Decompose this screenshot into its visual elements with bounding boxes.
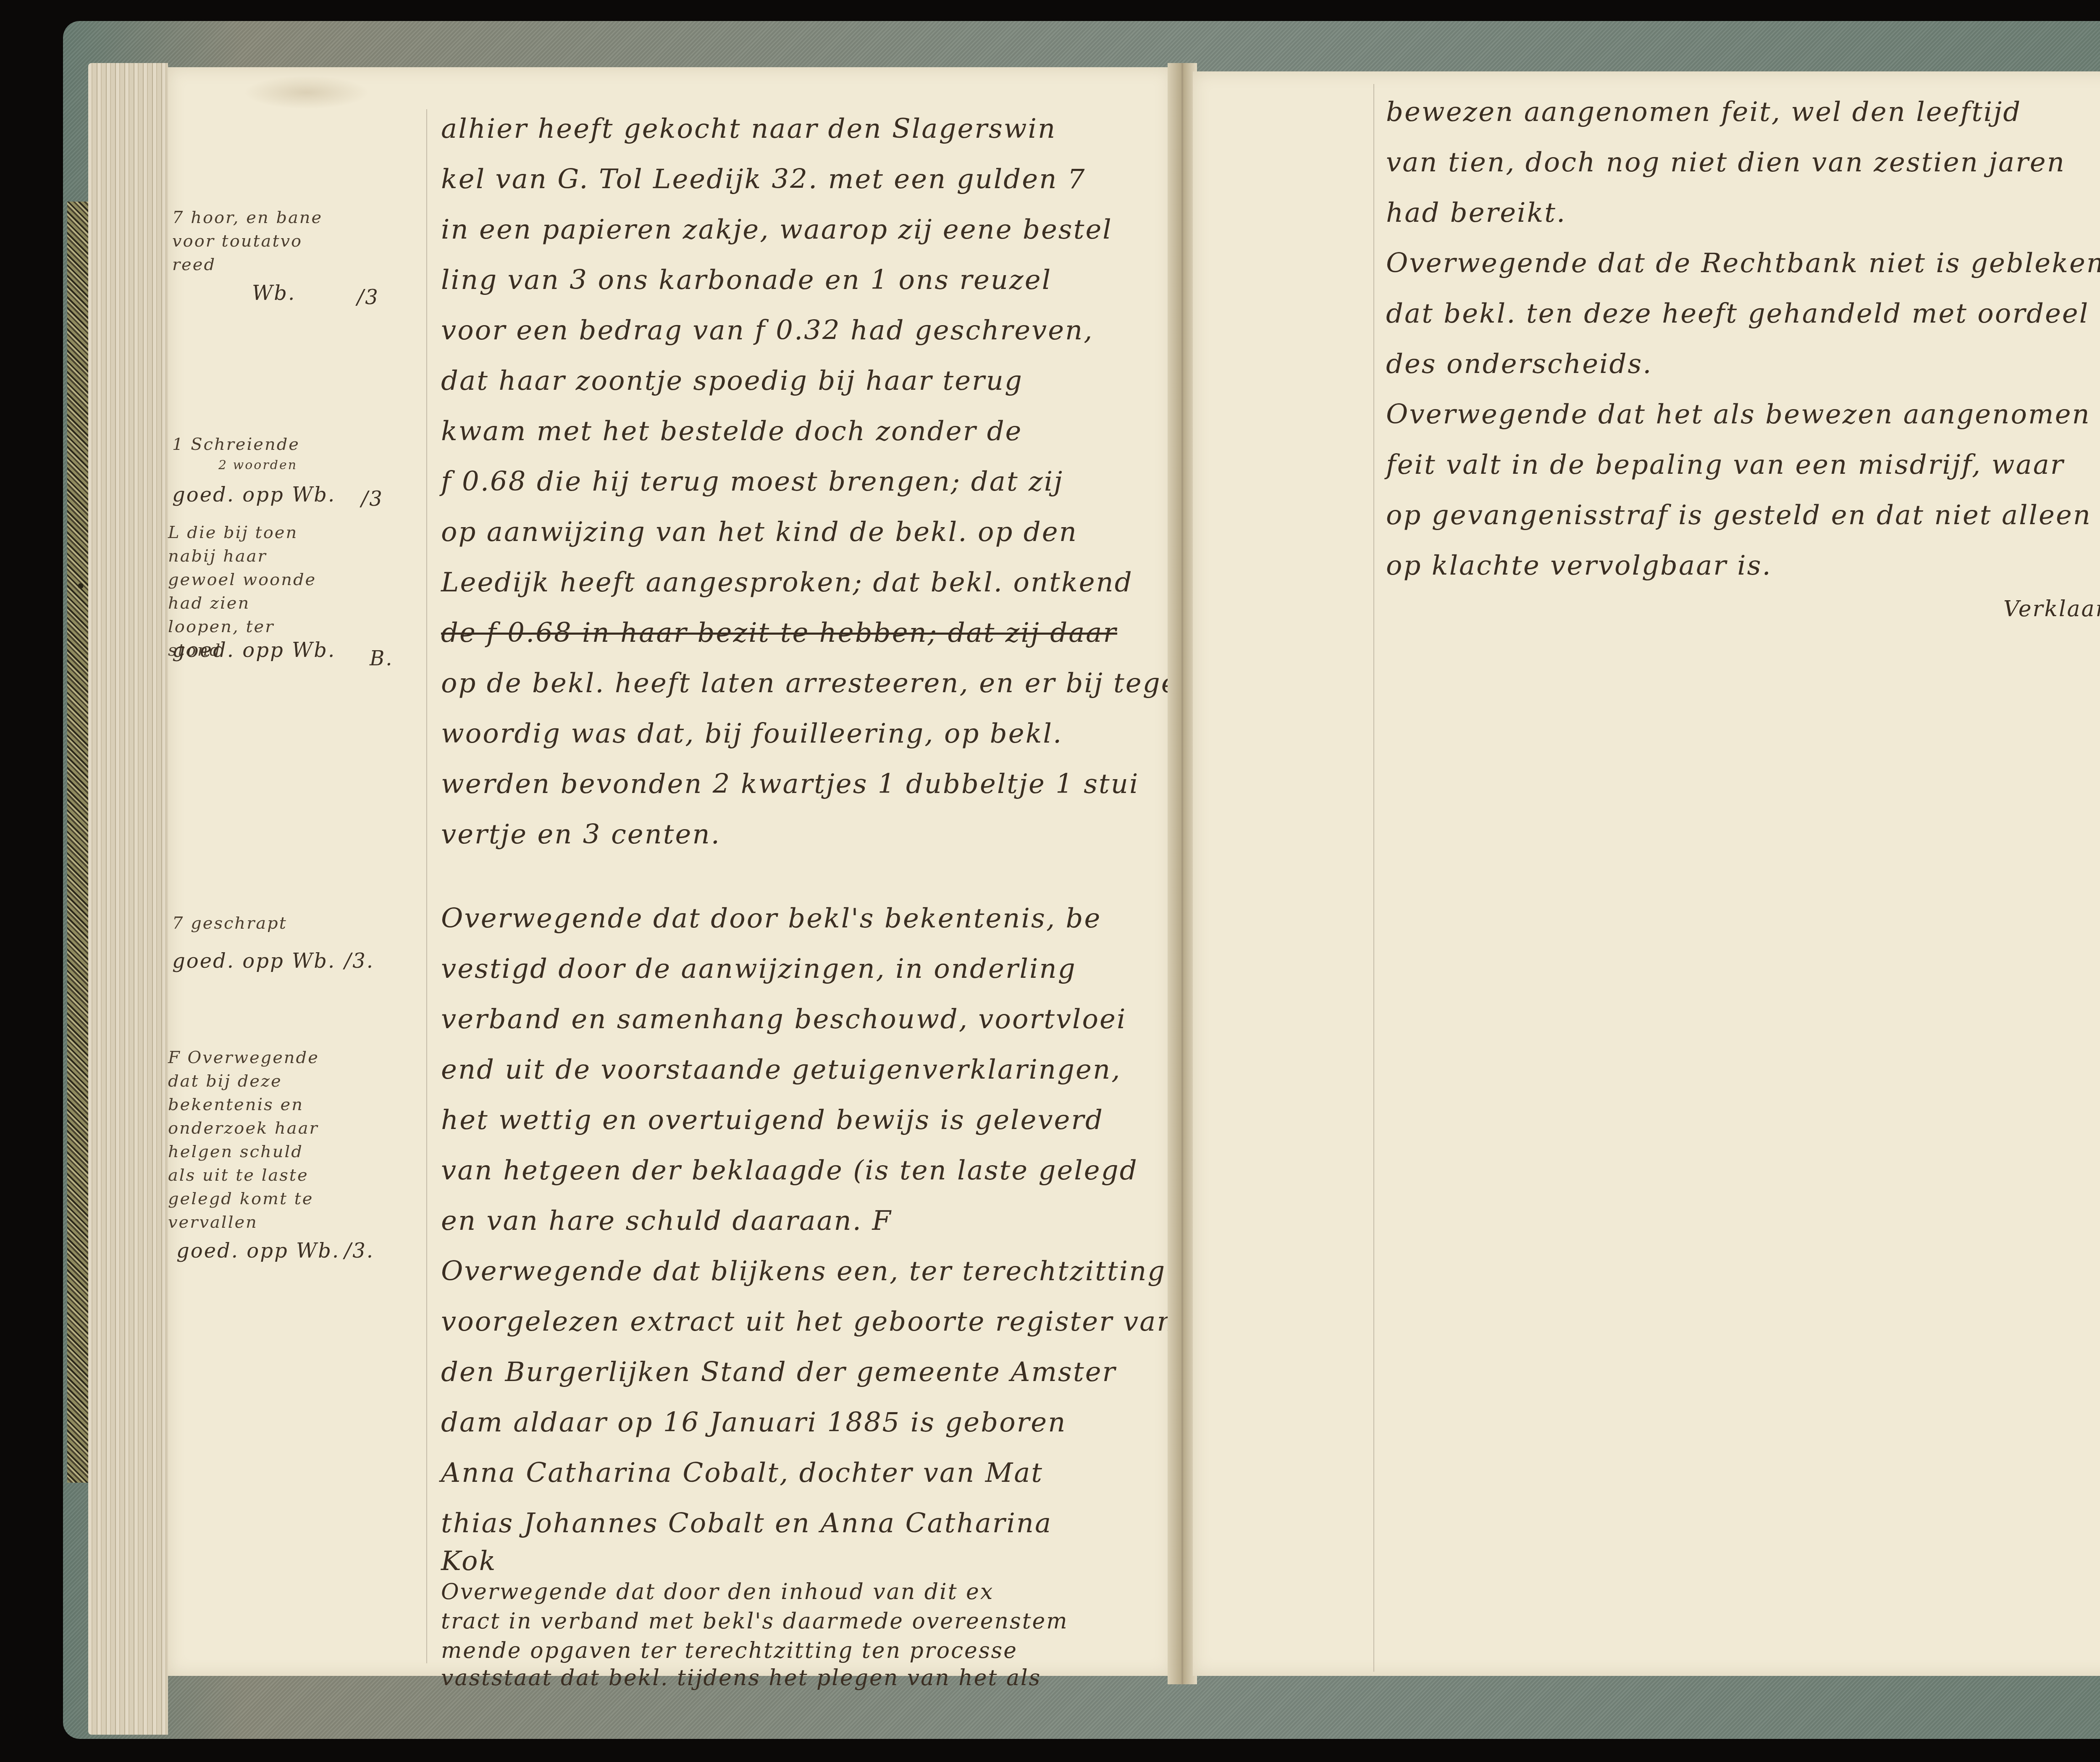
margin-mark: /3. xyxy=(344,949,374,973)
text-line: kel van G. Tol Leedijk 32. met een gulde… xyxy=(441,164,1086,195)
text-line: mende opgaven ter terechtzitting ten pro… xyxy=(441,1638,1018,1663)
text-line: verband en samenhang beschouwd, voortvlo… xyxy=(441,1004,1126,1035)
margin-note: 7 hoor, en bane voor toutatvo reed xyxy=(172,206,323,276)
right-page: bewezen aangenomen feit, wel den leeftij… xyxy=(1193,71,2100,1676)
text-line: Overwegende dat door den inhoud van dit … xyxy=(441,1579,994,1604)
page-edges-left xyxy=(88,63,168,1735)
text-line: op klachte vervolgbaar is. xyxy=(1386,550,1772,581)
text-line: ling van 3 ons karbonade en 1 ons reuzel xyxy=(441,265,1052,296)
text-line: het wettig en overtuigend bewijs is gele… xyxy=(441,1105,1104,1136)
text-line: dat haar zoontje spoedig bij haar terug xyxy=(441,365,1023,397)
text-line: in een papieren zakje, waarop zij eene b… xyxy=(441,214,1113,245)
text-line: van tien, doch nog niet dien van zestien… xyxy=(1386,147,2066,178)
text-line: bewezen aangenomen feit, wel den leeftij… xyxy=(1386,97,2021,128)
text-line: op aanwijzing van het kind de bekl. op d… xyxy=(441,517,1078,548)
text-line: des onderscheids. xyxy=(1386,349,1653,380)
margin-mark: B. xyxy=(370,647,394,670)
margin-signature: goed. opp Wb. xyxy=(172,949,336,973)
text-line: end uit de voorstaande getuigenverklarin… xyxy=(441,1054,1121,1085)
text-line: dat bekl. ten deze heeft gehandeld met o… xyxy=(1386,298,2089,329)
margin-rule xyxy=(426,109,427,1663)
margin-mark: /3 xyxy=(357,286,379,309)
text-line: vertje en 3 centen. xyxy=(441,819,721,850)
margin-signature: goed. opp Wb. xyxy=(176,1239,340,1263)
text-line: voor een bedrag van f 0.32 had geschreve… xyxy=(441,315,1094,346)
text-line: van hetgeen der beklaagde (is ten laste … xyxy=(441,1155,1138,1186)
text-line: kwam met het bestelde doch zonder de xyxy=(441,416,1022,447)
text-line: Overwegende dat door bekl's bekentenis, … xyxy=(441,903,1101,934)
left-page: 7 hoor, en bane voor toutatvo reed Wb. /… xyxy=(168,67,1172,1676)
text-line: Kok xyxy=(441,1546,496,1577)
catchword: Verklaart xyxy=(2003,596,2100,622)
text-line: feit valt in de bepaling van een misdrij… xyxy=(1386,449,2064,481)
text-line: Anna Catharina Cobalt, dochter van Mat xyxy=(441,1457,1043,1489)
stain xyxy=(244,76,370,109)
text-line: thias Johannes Cobalt en Anna Catharina xyxy=(441,1508,1052,1539)
text-line: vaststaat dat bekl. tijdens het plegen v… xyxy=(441,1665,1041,1691)
margin-note: F Overwegende dat bij deze bekentenis en… xyxy=(168,1046,319,1234)
margin-note: 7 geschrapt xyxy=(172,911,323,935)
text-line: alhier heeft gekocht naar den Slagerswin xyxy=(441,113,1056,144)
margin-mark: /3. xyxy=(344,1239,374,1263)
text-line: had bereikt. xyxy=(1386,197,1566,228)
margin-mark: /3 xyxy=(361,487,383,511)
text-line: Overwegende dat het als bewezen aangenom… xyxy=(1386,399,2091,430)
text-line: den Burgerlijken Stand der gemeente Amst… xyxy=(441,1357,1116,1388)
text-line: tract in verband met bekl's daarmede ove… xyxy=(441,1609,1068,1634)
margin-rule xyxy=(1373,84,1374,1672)
margin-signature: goed. opp Wb. xyxy=(172,483,336,507)
text-line: vestigd door de aanwijzingen, in onderli… xyxy=(441,953,1076,985)
margin-note-sub: 2 woorden xyxy=(218,454,370,477)
text-line: Overwegende dat blijkens een, ter terech… xyxy=(441,1256,1166,1287)
text-line: dam aldaar op 16 Januari 1885 is geboren xyxy=(441,1407,1066,1438)
text-line: f 0.68 die hij terug moest brengen; dat … xyxy=(441,466,1063,497)
text-line: Leedijk heeft aangesproken; dat bekl. on… xyxy=(441,567,1133,598)
margin-note: 1 Schreiende xyxy=(172,433,323,456)
margin-signature: Wb. xyxy=(252,281,296,305)
margin-signature: goed. opp Wb. xyxy=(172,638,336,662)
text-line: op gevangenisstraf is gesteld en dat nie… xyxy=(1386,500,2092,531)
text-line: voorgelezen extract uit het geboorte reg… xyxy=(441,1306,1176,1337)
text-line: Overwegende dat de Rechtbank niet is geb… xyxy=(1386,248,2100,279)
text-line: op de bekl. heeft laten arresteeren, en … xyxy=(441,668,1197,699)
text-line: werden bevonden 2 kwartjes 1 dubbeltje 1… xyxy=(441,769,1139,800)
text-line: en van hare schuld daaraan. F xyxy=(441,1205,892,1237)
text-line-struck: de f 0.68 in haar bezit te hebben; dat z… xyxy=(441,617,1117,649)
text-line: woordig was dat, bij fouilleering, op be… xyxy=(441,718,1063,749)
